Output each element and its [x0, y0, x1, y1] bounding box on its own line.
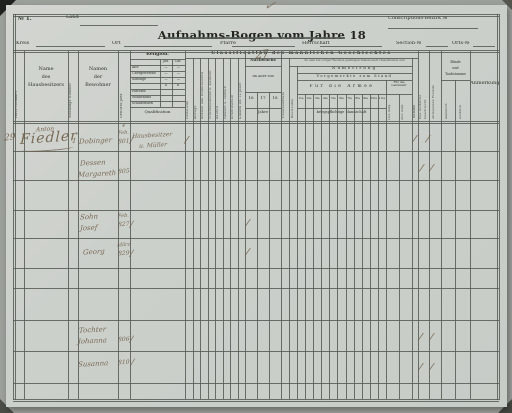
religion-subrow-label: Schlafstellen — [132, 102, 153, 106]
armee-class-col: 8te — [354, 97, 362, 100]
grid-line — [370, 94, 371, 399]
grid-line — [297, 80, 412, 81]
grid-line — [441, 51, 442, 399]
grid-line — [386, 80, 387, 399]
handwriting-entry: u. Müller — [139, 141, 167, 149]
religion-row-dash: — — [172, 78, 185, 82]
grid-line — [320, 46, 382, 47]
tally-tick: / — [418, 362, 423, 373]
handwriting-entry: 806 — [118, 336, 130, 344]
grid-line — [346, 94, 347, 399]
tally-tick: / — [429, 163, 434, 174]
vertical-column-label: Haus-Nummer — [15, 58, 24, 118]
grid-line — [13, 401, 499, 402]
handwriting-entry: 801 — [118, 138, 130, 146]
handwriting-entry: Dobinger — [79, 136, 112, 146]
nachwuchs-year: 18 — [269, 96, 281, 101]
grid-line — [238, 58, 239, 399]
armee-foot: kriegspflichtige Mannschaft — [297, 110, 386, 114]
grid-line — [378, 94, 379, 399]
grid-line — [13, 351, 499, 352]
religion-row-dash: — — [160, 78, 172, 82]
religion-subrow-label: Parteien — [132, 90, 146, 94]
grid-line — [13, 320, 499, 321]
grid-line — [165, 37, 345, 38]
vertical-column-label: Professionisten u. Künstler — [209, 60, 215, 119]
grid-line — [80, 25, 158, 26]
form-number: № 1. — [18, 16, 32, 22]
grid-line — [208, 58, 209, 399]
vertical-column-label: Häusler u. Inleute — [224, 60, 230, 119]
religion-subrow-label: Wohnräume — [132, 96, 151, 100]
grid-line — [36, 46, 105, 47]
nachwuchs-title: Nachwuchs — [245, 58, 281, 63]
scanned-document: № 1. Land Conscriptions-Bezirk № Aufnahm… — [0, 0, 512, 413]
handwriting-entry: 29 — [4, 132, 15, 143]
vertical-column-label: Geburts-Jahr — [120, 58, 130, 118]
grid-line — [473, 46, 495, 47]
religion-col-head: Chr. — [172, 60, 184, 64]
grid-line — [257, 92, 258, 399]
grid-line — [13, 180, 499, 181]
armee-line3: Vorgemerkte zum Stand — [298, 74, 411, 78]
armee-class-col: 5te — [329, 97, 337, 100]
grid-line — [337, 94, 338, 399]
grid-line — [13, 288, 499, 289]
grid-line — [13, 16, 499, 17]
handwriting-entry: 805 — [118, 168, 130, 176]
handwriting-entry: / — [129, 335, 133, 345]
armee-class-col: 6te — [337, 97, 345, 100]
vertical-column-label: Adelige — [194, 60, 200, 119]
tally-tick: / — [419, 163, 424, 174]
handwriting-entry: Johanna — [78, 336, 107, 346]
vertical-column-label: Wohnungs-Nummer — [69, 58, 77, 118]
grid-line — [455, 80, 456, 399]
vertical-column-label: männlich — [445, 83, 451, 119]
religion-subcol-head: a — [160, 84, 172, 88]
handwriting-entry: Feb. — [118, 213, 129, 220]
religion-subcol-head: b — [172, 84, 184, 88]
grid-line — [78, 51, 79, 399]
armee-line2: Numerirung — [298, 66, 411, 71]
grid-line — [245, 66, 281, 67]
grid-line — [289, 58, 290, 399]
handwriting-entry: Tochter — [79, 325, 106, 334]
armee-class-col: 1te — [297, 97, 305, 100]
vertical-column-label: Beamte und Honoratioren — [201, 60, 207, 119]
conscription-label: Conscriptions-Bezirk № — [388, 16, 447, 22]
tally-tick: / — [412, 134, 417, 145]
handwriting-entry: Sohn — [80, 213, 98, 222]
grid-line — [289, 66, 412, 67]
nachwuchs-mid: Im Alter von — [246, 75, 280, 79]
vertical-column-label: Bauern — [216, 60, 222, 119]
tally-tick: / — [245, 247, 250, 258]
religion-row-label: Übergetretene — [132, 72, 156, 76]
grid-line — [470, 51, 471, 399]
handwriting-entry: Georg — [83, 247, 105, 256]
grid-line — [499, 14, 500, 400]
grid-line — [13, 268, 499, 269]
nachwuchs-year: 16 — [245, 96, 257, 101]
handwriting-entry: 827 — [118, 221, 130, 229]
nachwuchs-foot: Jahre — [245, 110, 281, 114]
vertical-column-label: 2tes Aufg. — [401, 95, 411, 120]
armee-class-col: 3te — [313, 97, 321, 100]
grid-line — [13, 151, 499, 152]
religion-box-foot: Qualification — [130, 110, 185, 115]
grid-line — [223, 58, 224, 399]
grid-line — [354, 94, 355, 399]
grid-line — [297, 108, 386, 109]
vertical-column-label: Geschlecht — [424, 59, 429, 119]
armee-class-col: 9te — [362, 97, 370, 100]
handwriting-entry: / — [129, 249, 133, 259]
handwritten-checkmark: ✓ — [263, 0, 277, 15]
grid-line — [441, 80, 470, 81]
grid-line — [13, 52, 499, 53]
handwriting-entry: Margareth — [78, 169, 117, 179]
vertical-column-label: Beurlaubte — [291, 66, 298, 118]
grid-line — [426, 46, 448, 47]
vertical-column-label: Knaben bis 12 Jahre — [239, 60, 245, 119]
religion-row-dash: — — [160, 66, 172, 70]
vertical-column-label: Summe — [413, 60, 418, 118]
grid-line — [165, 38, 345, 39]
kreis-label: Kreis — [16, 41, 29, 47]
religion-row-dash: — — [172, 66, 185, 70]
vertical-column-label: Unanwendbare — [282, 60, 289, 118]
form-title-text: Aufnahms-Bogen vom Jahre 18 — [158, 28, 366, 42]
grid-line — [13, 210, 499, 211]
religion-row-dash: — — [160, 72, 172, 76]
grid-line — [13, 238, 499, 239]
grid-line — [321, 94, 322, 399]
handwriting-entry: Feb. — [118, 130, 129, 137]
form-page: № 1. Land Conscriptions-Bezirk № Aufnahm… — [6, 5, 507, 407]
grid-line — [245, 108, 281, 109]
religion-row-label: Sonstige — [132, 78, 146, 82]
blind-box-title: BlindeundTaubstumme — [441, 59, 470, 77]
religion-col-head: Jüd. — [160, 60, 172, 64]
section-label: Section-№ — [396, 41, 421, 47]
grid-line — [13, 14, 499, 15]
grid-line — [497, 14, 498, 400]
grid-line — [185, 58, 418, 59]
landwehr-label: Für die Landwehr — [386, 81, 412, 88]
grid-line — [130, 107, 185, 108]
grid-line — [13, 123, 499, 124]
grid-line — [429, 51, 430, 399]
grid-line — [24, 51, 25, 399]
tally-tick: / — [418, 332, 423, 343]
religion-box-title: Religion. — [130, 52, 185, 57]
handwriting-entry: Susanna — [78, 359, 109, 369]
grid-line — [388, 28, 478, 29]
grid-line — [232, 46, 295, 47]
grid-line — [313, 94, 314, 399]
col-hausbesitzer: NamedesHausbesitzers — [25, 65, 67, 89]
vertical-column-label: Anwesende Fremde — [432, 59, 441, 119]
tally-tick: / — [184, 135, 189, 146]
armee-class-col: 10te — [370, 97, 378, 100]
handwriting-entry: 829 — [118, 250, 130, 258]
handwriting-entry: 810 — [118, 359, 130, 367]
grid-line — [399, 94, 400, 399]
grid-line — [269, 92, 270, 399]
grid-line — [13, 14, 14, 400]
handwriting-entry: Hausbesitzer — [132, 131, 172, 140]
grid-line — [329, 94, 330, 399]
grid-line — [245, 92, 281, 93]
armee-line1: Zu dem bei voriger Revision gehörigen St… — [298, 59, 411, 62]
armee-class-col: 11te — [378, 97, 386, 100]
vertical-column-label: Geistliche — [186, 60, 192, 119]
nachwuchs-year: 17 — [257, 96, 269, 101]
religion-row-label: Alte — [132, 66, 139, 70]
grid-line — [193, 58, 194, 399]
vertical-column-label: weiblich — [459, 83, 465, 119]
anmerkung-label: Anmerkung — [470, 81, 499, 87]
grid-line — [305, 94, 306, 399]
vertical-column-label: Erwerbsleute — [231, 60, 237, 119]
tally-tick: / — [245, 218, 250, 229]
handwriting-entry: Josef — [80, 224, 98, 233]
handwriting-entry: März — [117, 242, 130, 249]
armee-class-col: 2te — [305, 97, 313, 100]
handwriting-entry: / — [129, 220, 133, 230]
grid-line — [13, 383, 499, 384]
grid-line — [297, 73, 412, 74]
armee-class-col: 4te — [321, 97, 329, 100]
vertical-column-label: 1tes Aufg. — [388, 95, 398, 120]
handwriting-entry: 4 — [122, 123, 126, 129]
handwriting-entry: / — [130, 358, 134, 368]
grid-line — [124, 46, 212, 47]
orts-no-label: Orts-№ — [452, 41, 470, 47]
religion-row-dash: — — [172, 72, 185, 76]
col-bewohner: NamenderBewohner — [79, 65, 117, 89]
armee-line4: Für die Armee — [298, 84, 386, 89]
ort-label: Ort — [112, 41, 121, 47]
handwriting-entry: Dessen — [80, 158, 106, 167]
grid-line — [362, 94, 363, 399]
tally-tick: / — [429, 332, 434, 343]
tally-tick: / — [429, 362, 434, 373]
armee-class-col: 7te — [346, 97, 354, 100]
